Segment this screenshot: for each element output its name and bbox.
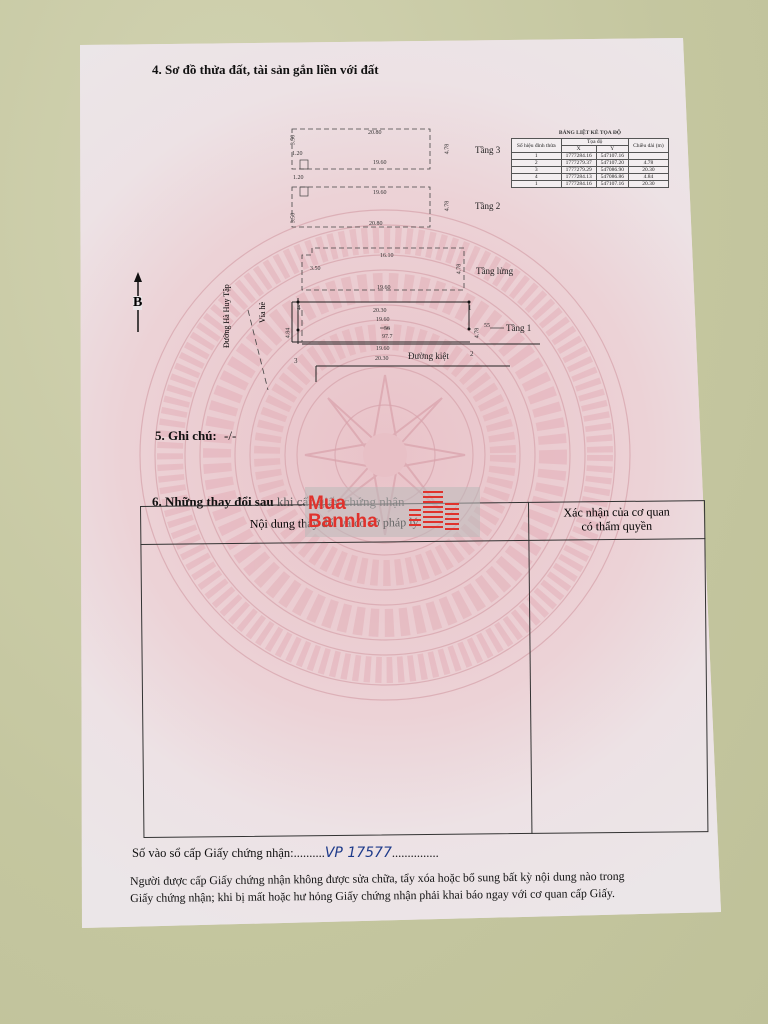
certificate-page: 4. Sơ đồ thửa đất, tài sản gắn liền với … — [0, 0, 768, 1024]
col-x: X — [561, 146, 596, 153]
floor-label-mezzanine: Tầng lửng — [476, 266, 513, 276]
area-numerator: 56 — [384, 326, 390, 332]
table-row: 11777284.16547107.16 — [512, 153, 669, 160]
registry-line: Số vào sổ cấp Giấy chứng nhận:..........… — [132, 845, 439, 861]
registry-dots: .......... — [294, 846, 325, 860]
changes-table: Nội dung thay đổi và cơ sở pháp lý Xác n… — [140, 500, 708, 838]
vertex-3: 3 — [294, 357, 298, 365]
section5: 5. Ghi chú: -/- — [155, 428, 236, 444]
vertex-2: 2 — [470, 350, 474, 358]
dim-t1-note: 55 — [484, 323, 490, 329]
registry-number: VP 17577 — [325, 845, 392, 861]
dim-tl-top: 16.10 — [380, 253, 394, 259]
table-row: 41777284.13547086.864.84 — [512, 174, 669, 181]
watermark-text: Mua Bannha — [308, 495, 378, 531]
table-row: 31777279.29547086.9020.30 — [512, 167, 669, 174]
changes-col2-header: Xác nhận của cơ quan có thẩm quyền — [528, 504, 705, 534]
table-row: 21777279.37547107.204.78 — [512, 160, 669, 167]
area-denominator: 97.7 — [382, 334, 393, 340]
floor-label-3: Tầng 3 — [475, 145, 500, 155]
dim-t2-left: 3.50 — [290, 213, 296, 224]
section4-title: 4. Sơ đồ thửa đất, tài sản gắn liền với … — [152, 62, 379, 78]
watermark-line2: Bannha — [308, 513, 378, 531]
dim-t2-top: 19.60 — [373, 190, 387, 196]
section5-value: -/- — [224, 428, 236, 443]
table-row: 11777284.16547107.1620.30 — [512, 181, 669, 188]
dim-tl-right: 4.78 — [456, 264, 462, 275]
col-point: Số hiệu đỉnh thửa — [512, 139, 562, 153]
notice-text: Người được cấp Giấy chứng nhận không đượ… — [130, 867, 690, 907]
coordinate-table-title: BẢNG LIỆT KÊ TỌA ĐỘ — [511, 130, 669, 136]
registry-dots-after: ............... — [392, 846, 439, 860]
col-coords: Tọa độ — [561, 139, 628, 146]
sidewalk-label: Vỉa hè — [258, 302, 267, 323]
dim-t3-top: 20.80 — [368, 130, 382, 136]
dim-t1-top: 20.30 — [373, 308, 387, 314]
north-label: B — [133, 296, 142, 310]
dim-t1-bottom: 20.30 — [375, 356, 389, 362]
dim-gap: 1.20 — [293, 175, 304, 181]
dim-t1-right: 4.78 — [474, 328, 480, 339]
section5-title: 5. Ghi chú: — [155, 428, 217, 443]
main-street-label: Đường Hà Huy Tập — [222, 284, 231, 348]
alley-label: Đường kiệt — [408, 351, 449, 361]
changes-col2-line2: có thẩm quyền — [528, 518, 705, 534]
vertex-4: 4 — [297, 304, 301, 312]
col-length: Chiều dài (m) — [628, 139, 668, 153]
dim-t3-right: 4.78 — [444, 144, 450, 155]
dim-t3-wc: 1.20 — [292, 151, 303, 157]
floor-label-2: Tầng 2 — [475, 201, 500, 211]
watermark-logo: Mua Bannha — [305, 487, 480, 537]
dim-t3-left: 3.50 — [290, 135, 296, 146]
dim-tl-bottom: 19.60 — [377, 285, 391, 291]
dim-t2-right: 4.78 — [444, 201, 450, 212]
registry-label: Số vào sổ cấp Giấy chứng nhận: — [132, 846, 294, 860]
vertex-1: 1 — [468, 304, 472, 312]
dim-t1-bottom-inner: 19.60 — [376, 346, 390, 352]
dim-t3-bottom: 19.60 — [373, 160, 387, 166]
floor-label-1: Tầng 1 — [506, 323, 531, 333]
dim-t1-inner-top: 19.60 — [376, 317, 390, 323]
dim-t1-left: 4.84 — [285, 328, 291, 339]
dim-t2-bottom: 20.80 — [369, 221, 383, 227]
dim-tl-left: 3.50 — [310, 266, 321, 272]
coordinate-table: BẢNG LIỆT KÊ TỌA ĐỘ Số hiệu đỉnh thửa Tọ… — [511, 130, 669, 188]
col-y: Y — [596, 146, 628, 153]
